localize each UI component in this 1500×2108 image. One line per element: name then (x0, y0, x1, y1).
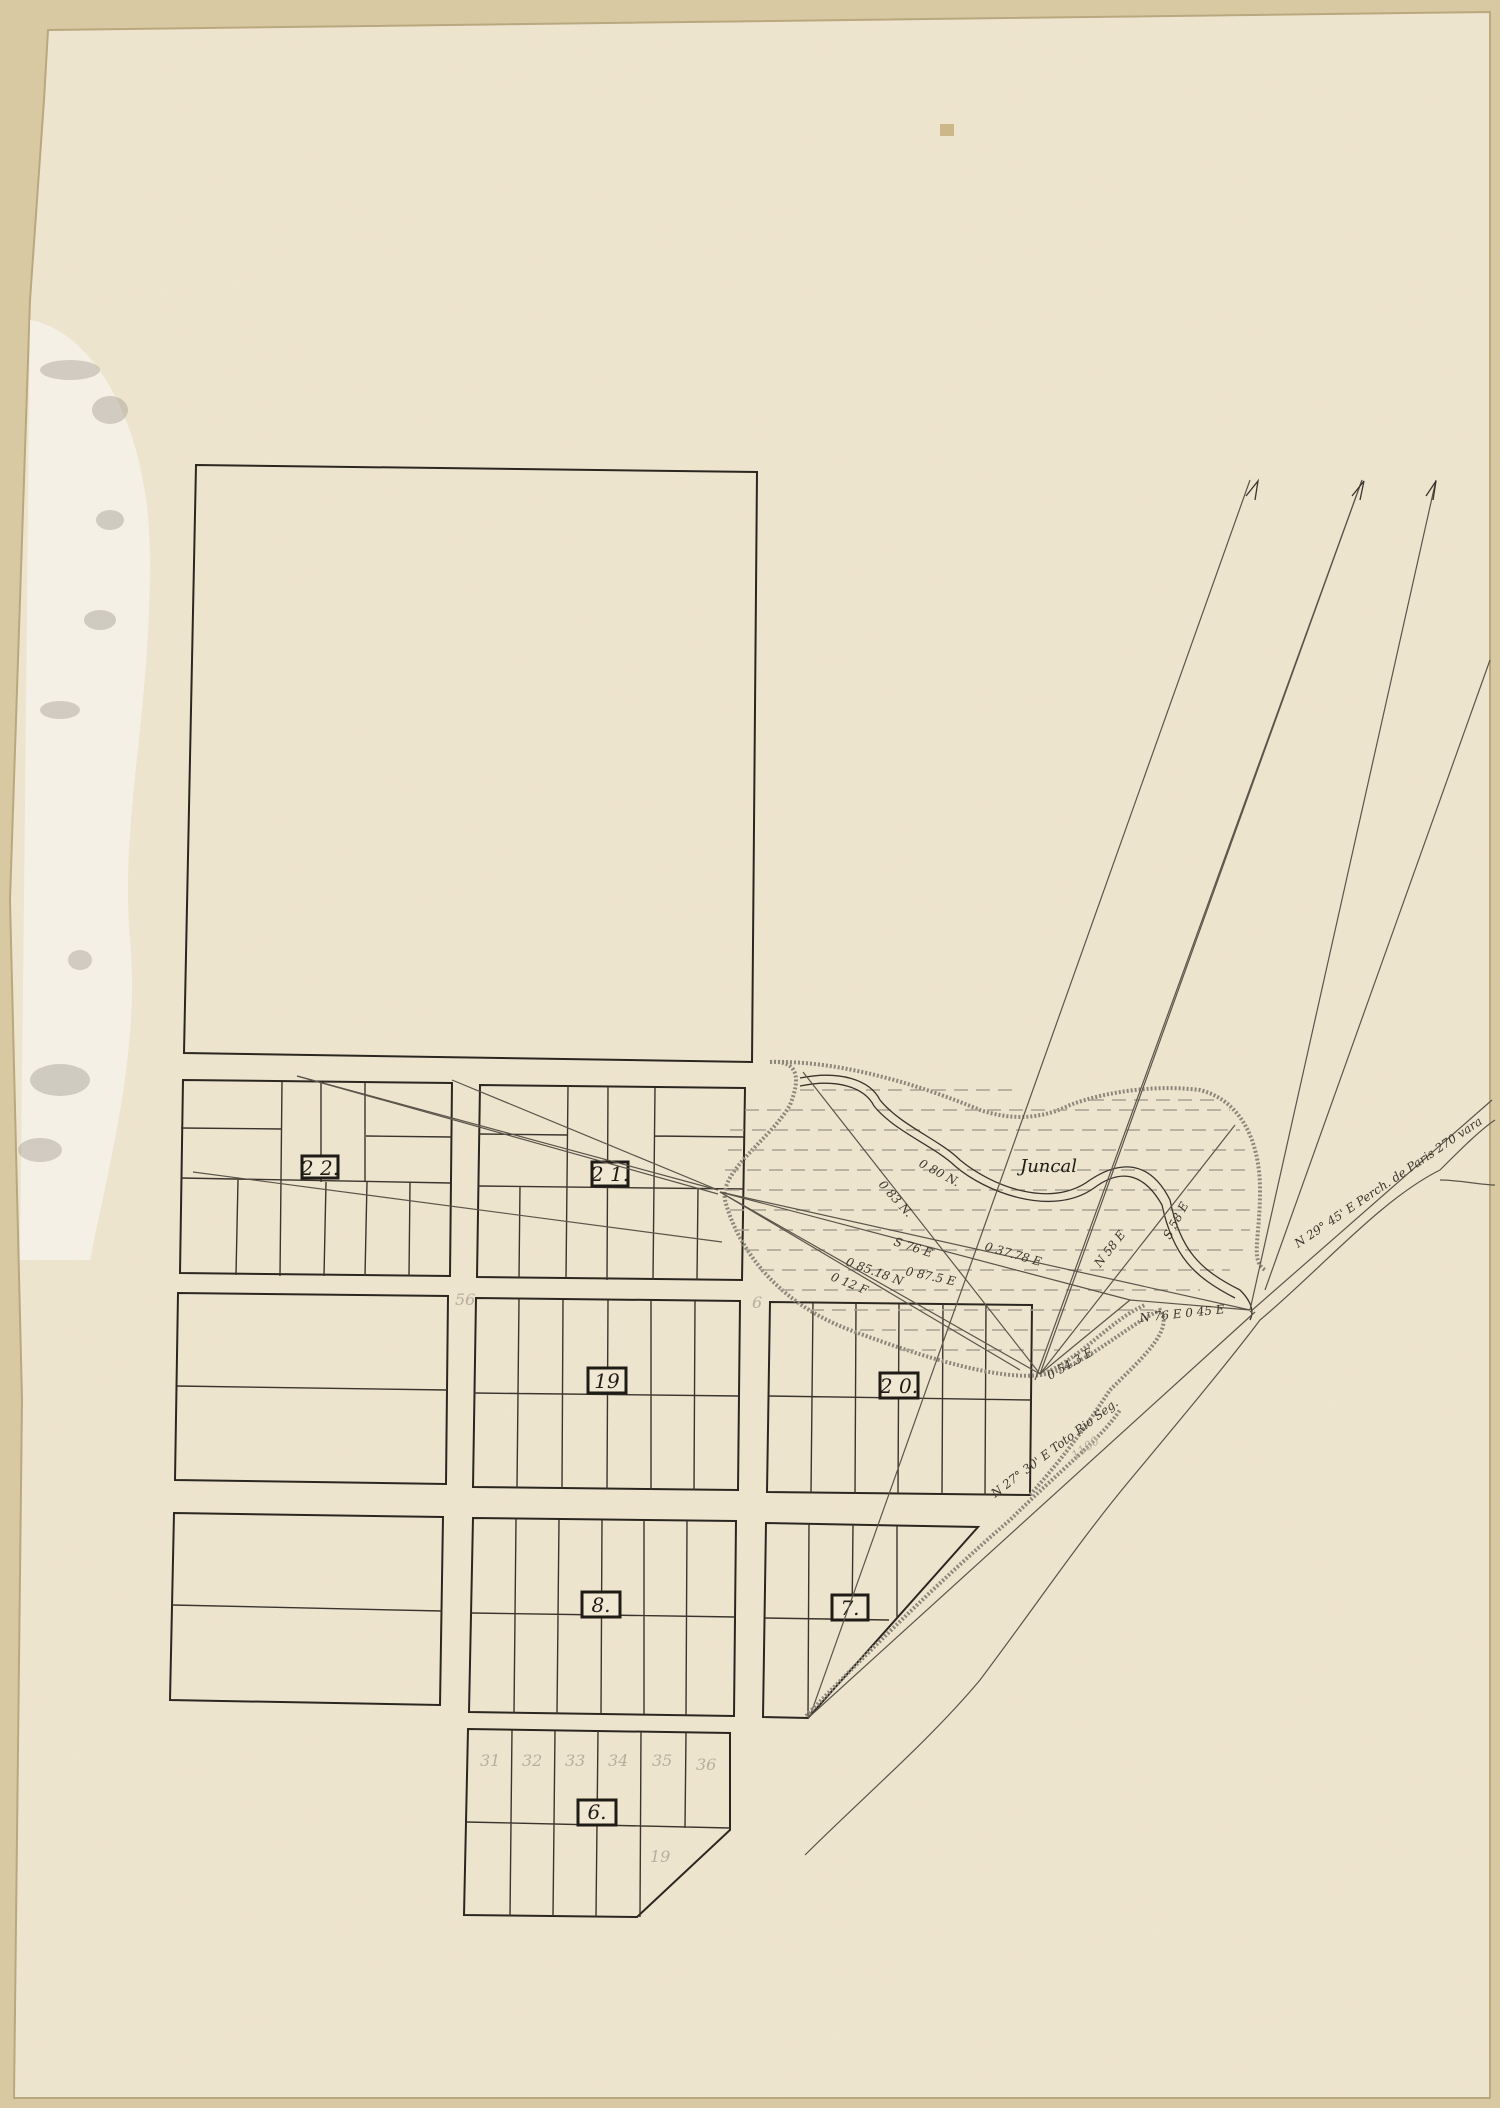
stain-spot (940, 124, 954, 136)
svg-text:35: 35 (652, 1751, 672, 1770)
svg-text:33: 33 (565, 1751, 585, 1770)
block-20-label: 2 0. (879, 1374, 918, 1398)
block-8-label: 8. (591, 1593, 610, 1617)
place-label-juncal: Juncal (1016, 1156, 1077, 1177)
map-sheet: 2 2. 2 1. 19 2 0. 8. (0, 0, 1500, 2108)
margin-number-left: 56 (455, 1290, 475, 1309)
block-6-label: 6. (587, 1800, 606, 1824)
svg-text:31: 31 (480, 1751, 500, 1770)
block-19-label: 19 (594, 1369, 620, 1393)
paper-grain (10, 12, 1490, 2098)
block-22-label: 2 2. (300, 1156, 339, 1180)
svg-text:32: 32 (522, 1751, 542, 1770)
block-7-label: 7. (840, 1596, 859, 1620)
margin-number-right: 6 (752, 1293, 762, 1312)
svg-text:34: 34 (608, 1751, 628, 1770)
svg-text:19: 19 (650, 1847, 670, 1866)
svg-text:36: 36 (696, 1755, 716, 1774)
block-21-label: 2 1. (590, 1162, 629, 1186)
